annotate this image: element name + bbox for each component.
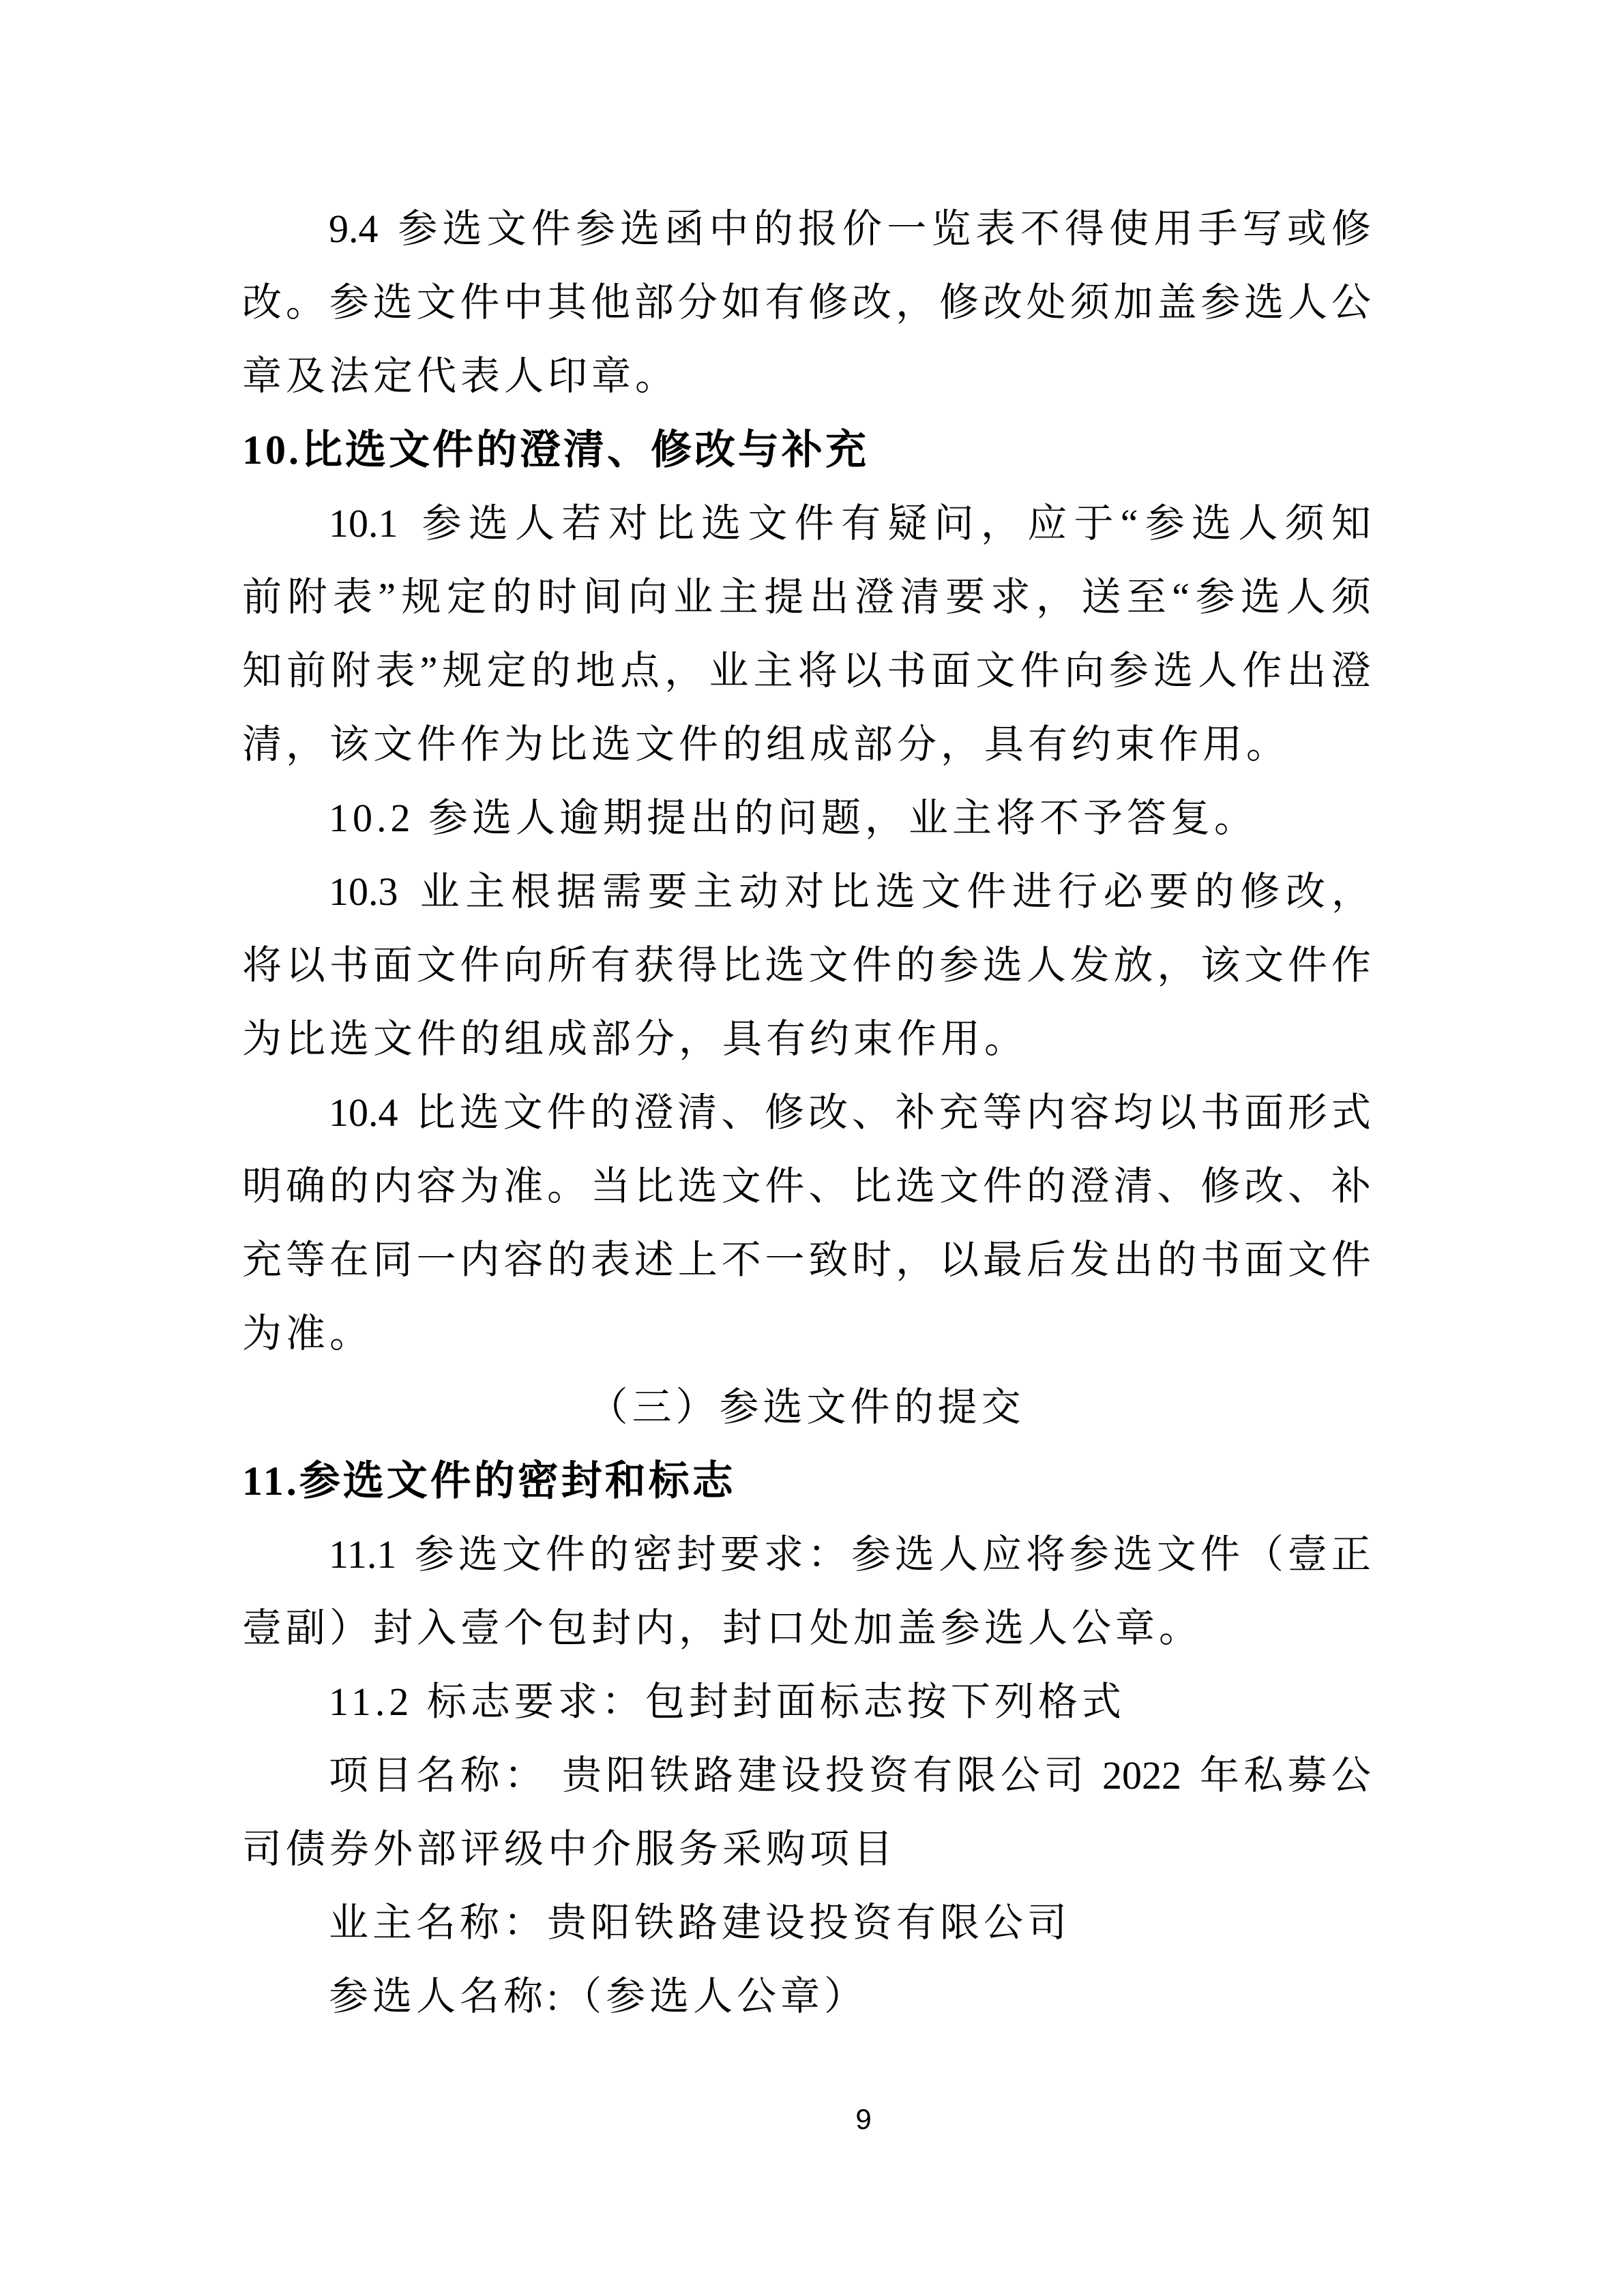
text-line: 充等在同一内容的表述上不一致时，以最后发出的书面文件 — [242, 1223, 1371, 1297]
text-line: 10.1 参选人若对比选文件有疑问，应于“参选人须知 — [242, 487, 1371, 561]
document-text-block: 9.4 参选文件参选函中的报价一览表不得使用手写或修改。参选文件中其他部分如有修… — [242, 192, 1371, 2033]
text-line: 11.1 参选文件的密封要求：参选人应将参选文件（壹正 — [242, 1518, 1371, 1592]
text-line: 参选人名称:（参选人公章） — [242, 1960, 1371, 2033]
section-heading: 10.比选文件的澄清、修改与补充 — [242, 413, 1371, 487]
text-line: 前附表”规定的时间向业主提出澄清要求，送至“参选人须 — [242, 561, 1371, 634]
text-line: 9.4 参选文件参选函中的报价一览表不得使用手写或修 — [242, 192, 1371, 266]
text-line: 项目名称： 贵阳铁路建设投资有限公司 2022 年私募公 — [242, 1739, 1371, 1813]
text-line: 清，该文件作为比选文件的组成部分，具有约束作用。 — [242, 708, 1371, 781]
text-line: 10.3 业主根据需要主动对比选文件进行必要的修改， — [242, 855, 1371, 929]
text-line: 10.2 参选人逾期提出的问题，业主将不予答复。 — [242, 781, 1371, 855]
subsection-title: （三）参选文件的提交 — [242, 1371, 1371, 1444]
text-line: 章及法定代表人印章。 — [242, 340, 1371, 413]
text-line: 壹副）封入壹个包封内，封口处加盖参选人公章。 — [242, 1592, 1371, 1665]
text-line: 知前附表”规定的地点，业主将以书面文件向参选人作出澄 — [242, 634, 1371, 708]
page-number: 9 — [795, 2103, 932, 2136]
text-line: 司债券外部评级中介服务采购项目 — [242, 1813, 1371, 1886]
document-page: 9.4 参选文件参选函中的报价一览表不得使用手写或修改。参选文件中其他部分如有修… — [0, 0, 1624, 2296]
text-line: 11.2 标志要求：包封封面标志按下列格式 — [242, 1665, 1371, 1739]
text-line: 业主名称：贵阳铁路建设投资有限公司 — [242, 1886, 1371, 1960]
section-heading: 11.参选文件的密封和标志 — [242, 1444, 1371, 1518]
text-line: 为准。 — [242, 1297, 1371, 1371]
text-line: 将以书面文件向所有获得比选文件的参选人发放，该文件作 — [242, 929, 1371, 1002]
text-line: 改。参选文件中其他部分如有修改，修改处须加盖参选人公 — [242, 266, 1371, 340]
text-line: 为比选文件的组成部分，具有约束作用。 — [242, 1002, 1371, 1076]
text-line: 10.4 比选文件的澄清、修改、补充等内容均以书面形式 — [242, 1076, 1371, 1150]
text-line: 明确的内容为准。当比选文件、比选文件的澄清、修改、补 — [242, 1150, 1371, 1223]
